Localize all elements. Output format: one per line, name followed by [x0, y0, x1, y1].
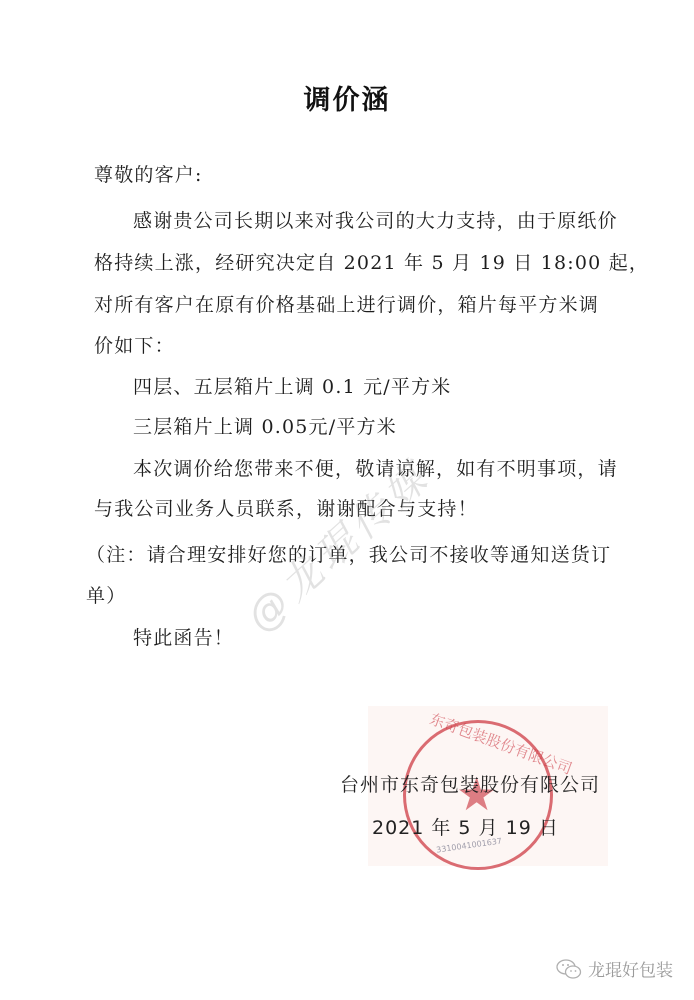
document-title: 调价涵: [0, 78, 694, 117]
price-item: 三层箱片上调 0.05元/平方米: [133, 412, 397, 439]
document-date: 2021 年 5 月 19 日: [372, 813, 559, 840]
footer-brand-label: 龙琨好包装: [588, 956, 673, 981]
footer-brand: 龙琨好包装: [556, 956, 673, 981]
note-line: 单）: [86, 581, 126, 608]
body-line: 感谢贵公司长期以来对我公司的大力支持，由于原纸价: [133, 206, 618, 233]
sign-off: 特此函告！: [133, 623, 234, 650]
price-item: 四层、五层箱片上调 0.1 元/平方米: [133, 372, 452, 399]
company-name: 台州市东奇包装股份有限公司: [340, 770, 600, 797]
body-line: 价如下：: [94, 331, 175, 358]
salutation: 尊敬的客户:: [94, 160, 203, 187]
body-line: 格持续上涨，经研究决定自 2021 年 5 月 19 日 18:00 起，: [94, 248, 649, 275]
body-line: 对所有客户在原有价格基础上进行调价，箱片每平方米调: [94, 290, 599, 317]
wechat-icon: [556, 958, 582, 980]
